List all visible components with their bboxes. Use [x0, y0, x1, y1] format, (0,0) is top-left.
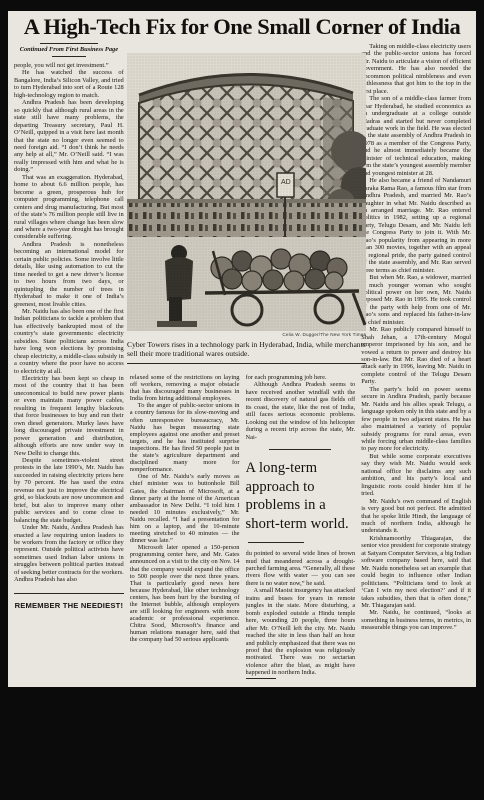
divider: [269, 449, 331, 450]
column-4: Taking on middle-class electricity users…: [361, 43, 471, 685]
column-3-text-bottom: du pointed to several wide lines of brow…: [246, 550, 356, 677]
cyber-towers-photo: AD: [127, 53, 366, 331]
pull-quote-text: A long-term approach to problems in a sh…: [246, 459, 356, 533]
pull-quote: A long-term approach to problems in a sh…: [246, 449, 356, 543]
paragraph: for each programming job here.: [246, 374, 356, 381]
newspaper-page: A High-Tech Fix for One Small Corner of …: [8, 11, 476, 687]
divider: [248, 542, 304, 543]
article-end-mark: [246, 678, 276, 679]
divider: [127, 363, 366, 364]
photo-credit: Celia W. Dugger/The New York Times: [127, 332, 366, 338]
paragraph: Taking on middle-class electricity users…: [361, 43, 471, 95]
paragraph: Mr. Naidu, he continued, “looks at somet…: [361, 609, 471, 631]
paragraph: Andhra Pradesh has been developing so qu…: [14, 99, 124, 174]
paragraph: One of Mr. Naidu’s early moves as chief …: [130, 473, 240, 544]
paragraph: Electricity has been kept so cheap in mo…: [14, 375, 124, 457]
paragraph: To the anger of public-sector unions in …: [130, 402, 240, 473]
paragraph: du pointed to several wide lines of brow…: [246, 550, 356, 587]
paragraph: Under Mr. Naidu, Andhra Pradesh has enac…: [14, 524, 124, 584]
paragraph: That was an exaggeration. Hyderabad, hom…: [14, 174, 124, 241]
paragraph: Although Andhra Pradesh seems to have re…: [246, 381, 356, 441]
paragraph: Krishnamoorthy Thiagarajan, the senior v…: [361, 535, 471, 610]
paragraph: Microsoft later opened a 150-person prog…: [130, 544, 240, 643]
kicker-label: Continued From First Business Page: [14, 46, 124, 54]
column-3-text-top: for each programming job here.Although A…: [246, 374, 356, 441]
neediest-label: REMEMBER THE NEEDIEST!: [14, 602, 124, 609]
continued-kicker: Continued From First Business Page: [14, 43, 124, 57]
paragraph: relaxed some of the restrictions on layi…: [130, 374, 240, 402]
divider: [14, 593, 124, 594]
divider: [40, 43, 98, 44]
paragraph: But when Mr. Rao, a widower, married a m…: [361, 274, 471, 326]
paragraph: Despite sometimes-violent street protest…: [14, 457, 124, 524]
paragraph: He also became a friend of Nandamuri Tar…: [361, 177, 471, 274]
photo-caption: Cyber Towers rises in a technology park …: [127, 340, 366, 359]
column-1: Continued From First Business Page peopl…: [14, 43, 124, 685]
article-headline: A High-Tech Fix for One Small Corner of …: [8, 14, 476, 40]
paragraph: Mr. Rao publicly compared himself to Sha…: [361, 326, 471, 386]
paragraph: Mr. Naidu has also been one of the first…: [14, 308, 124, 375]
cyber-towers-illustration: AD: [127, 53, 366, 331]
paragraph: people, you will not get investment.”: [14, 62, 124, 69]
paragraph: Andhra Pradesh is nonetheless becoming a…: [14, 241, 124, 308]
paragraph: A small Maoist insurgency has attacked t…: [246, 587, 356, 676]
divider: [52, 56, 86, 57]
scanned-newspaper-page: { "colors": { "frame": "#0b0b0b", "page_…: [0, 0, 484, 800]
column-4-text: Taking on middle-class electricity users…: [361, 43, 471, 632]
paragraph: Mr. Naidu’s own command of English is ve…: [361, 498, 471, 535]
paragraph: The party’s hold on power seems secure i…: [361, 386, 471, 453]
photo-block: AD: [127, 53, 366, 364]
column-2-text: relaxed some of the restrictions on layi…: [130, 374, 240, 644]
column-1-text: people, you will not get investment.”He …: [14, 62, 124, 584]
paragraph: He has watched the success of Bangalore,…: [14, 69, 124, 99]
paragraph: The son of a middle-class farmer from ne…: [361, 95, 471, 177]
neediest-notice: REMEMBER THE NEEDIEST!: [14, 593, 124, 609]
paragraph: But while some corporate executives say …: [361, 453, 471, 498]
